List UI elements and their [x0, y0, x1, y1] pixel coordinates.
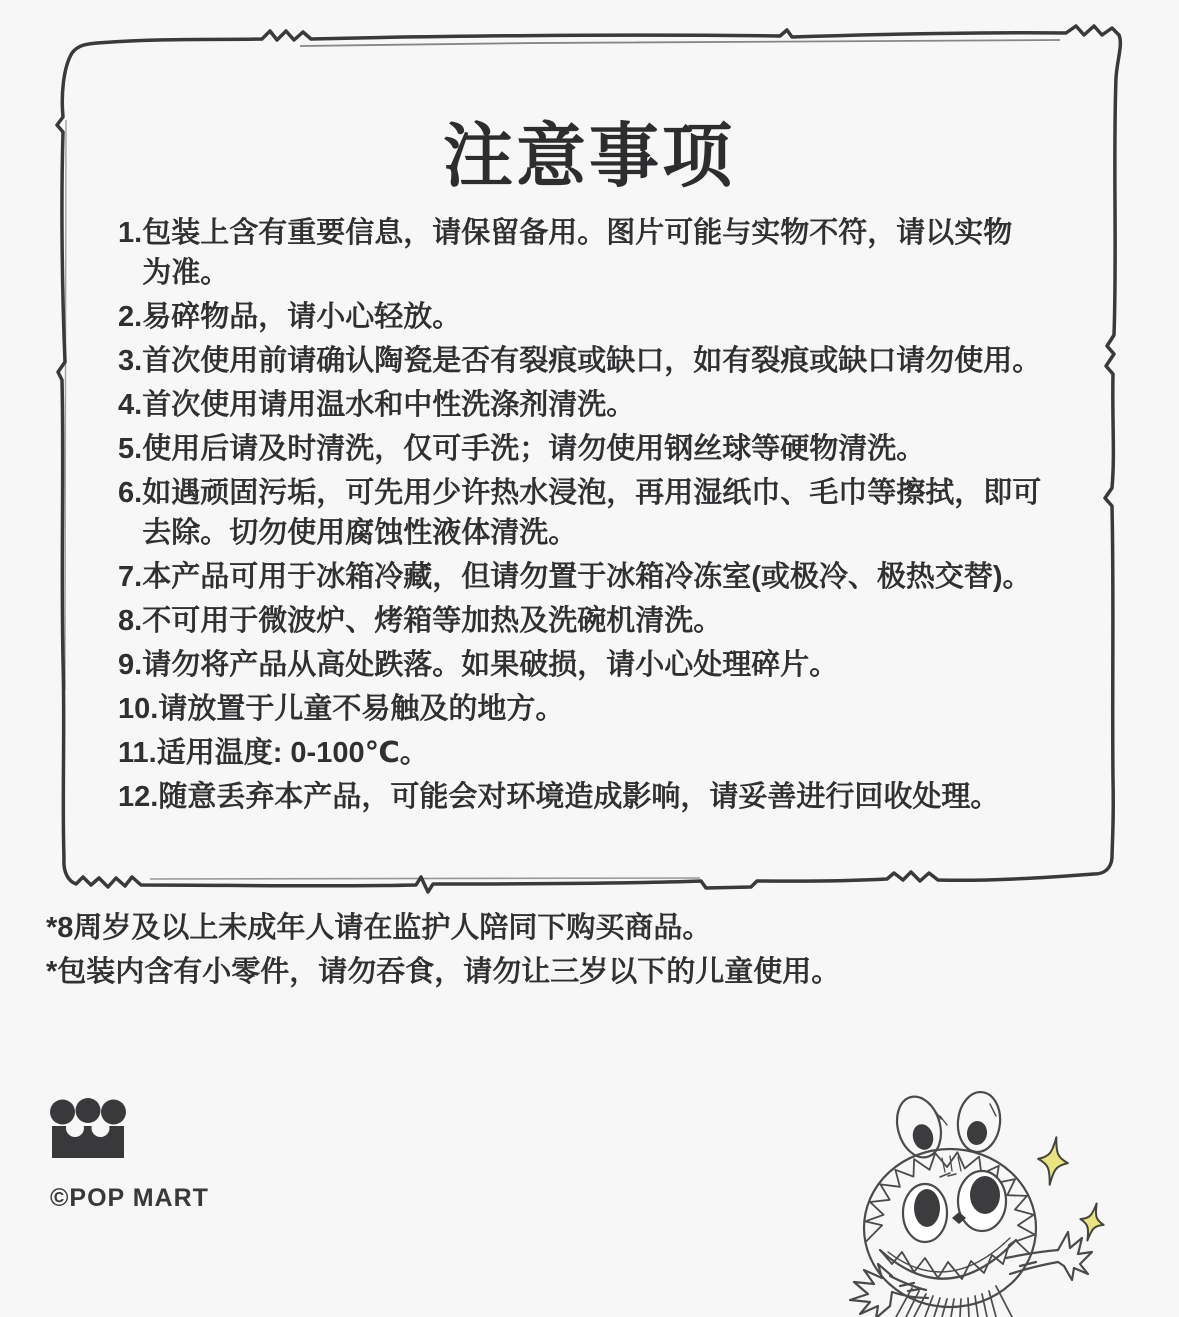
- notice-item: 10. 请放置于儿童不易触及的地方。: [118, 689, 1086, 729]
- item-text: 易碎物品，请小心轻放。: [142, 297, 461, 337]
- notice-item: 9. 请勿将产品从高处跌落。如果破损，请小心处理碎片。: [118, 645, 1086, 685]
- notice-item: 1. 包装上含有重要信息，请保留备用。图片可能与实物不符，请以实物 为准。: [118, 213, 1086, 293]
- notice-item: 5. 使用后请及时清洗，仅可手洗；请勿使用钢丝球等硬物清洗。: [118, 429, 1086, 469]
- item-text: 不可用于微波炉、烤箱等加热及洗碗机清洗。: [142, 601, 722, 641]
- notice-list: 1. 包装上含有重要信息，请保留备用。图片可能与实物不符，请以实物 为准。 2.…: [118, 213, 1086, 821]
- item-number: 2.: [118, 297, 142, 337]
- item-text: 使用后请及时清洗，仅可手洗；请勿使用钢丝球等硬物清洗。: [142, 429, 925, 469]
- item-text: 适用温度: 0-100℃。: [157, 733, 429, 773]
- notice-item: 8. 不可用于微波炉、烤箱等加热及洗碗机清洗。: [118, 601, 1086, 641]
- item-number: 10.: [118, 689, 158, 729]
- page-title: 注意事项: [60, 100, 1118, 201]
- footnote-line: *包装内含有小零件，请勿吞食，请勿让三岁以下的儿童使用。: [46, 950, 840, 994]
- item-number: 12.: [118, 777, 158, 817]
- item-text: 请放置于儿童不易触及的地方。: [158, 689, 564, 729]
- item-text: 包装上含有重要信息，请保留备用。图片可能与实物不符，请以实物 为准。: [142, 213, 1012, 293]
- footnotes: *8周岁及以上未成年人请在监护人陪同下购买商品。 *包装内含有小零件，请勿吞食，…: [46, 906, 840, 994]
- page-root: { "page": { "background": "#f7f7f8", "in…: [0, 0, 1179, 1317]
- sparkle-icon: [1035, 1135, 1108, 1243]
- notice-item: 11. 适用温度: 0-100℃。: [118, 733, 1086, 773]
- item-number: 6.: [118, 473, 142, 553]
- item-text: 首次使用前请确认陶瓷是否有裂痕或缺口，如有裂痕或缺口请勿使用。: [142, 341, 1041, 381]
- item-text: 本产品可用于冰箱冷藏，但请勿置于冰箱冷冻室(或极冷、极热交替)。: [142, 557, 1031, 597]
- item-text: 请勿将产品从高处跌落。如果破损，请小心处理碎片。: [142, 645, 838, 685]
- popmart-crown-icon: [48, 1096, 128, 1160]
- item-number: 4.: [118, 385, 142, 425]
- item-text: 随意丢弃本产品，可能会对环境造成影响，请妥善进行回收处理。: [158, 777, 999, 817]
- item-number: 1.: [118, 213, 142, 293]
- notice-item: 7. 本产品可用于冰箱冷藏，但请勿置于冰箱冷冻室(或极冷、极热交替)。: [118, 557, 1086, 597]
- item-number: 11.: [118, 733, 157, 773]
- notice-item: 3. 首次使用前请确认陶瓷是否有裂痕或缺口，如有裂痕或缺口请勿使用。: [118, 341, 1086, 381]
- labubu-sketch-illustration: [830, 1080, 1179, 1317]
- item-number: 5.: [118, 429, 142, 469]
- item-number: 8.: [118, 601, 142, 641]
- notice-item: 12. 随意丢弃本产品，可能会对环境造成影响，请妥善进行回收处理。: [118, 777, 1086, 817]
- item-number: 9.: [118, 645, 142, 685]
- item-number: 3.: [118, 341, 142, 381]
- item-text: 首次使用请用温水和中性洗涤剂清洗。: [142, 385, 635, 425]
- copyright-text: ©POP MART: [50, 1184, 209, 1213]
- notice-item: 2. 易碎物品，请小心轻放。: [118, 297, 1086, 337]
- notice-item: 4. 首次使用请用温水和中性洗涤剂清洗。: [118, 385, 1086, 425]
- item-number: 7.: [118, 557, 142, 597]
- item-text: 如遇顽固污垢，可先用少许热水浸泡，再用湿纸巾、毛巾等擦拭，即可 去除。切勿使用腐…: [142, 473, 1041, 553]
- notice-item: 6. 如遇顽固污垢，可先用少许热水浸泡，再用湿纸巾、毛巾等擦拭，即可 去除。切勿…: [118, 473, 1086, 553]
- footnote-line: *8周岁及以上未成年人请在监护人陪同下购买商品。: [46, 906, 840, 950]
- labubu-ears: [890, 1090, 1003, 1163]
